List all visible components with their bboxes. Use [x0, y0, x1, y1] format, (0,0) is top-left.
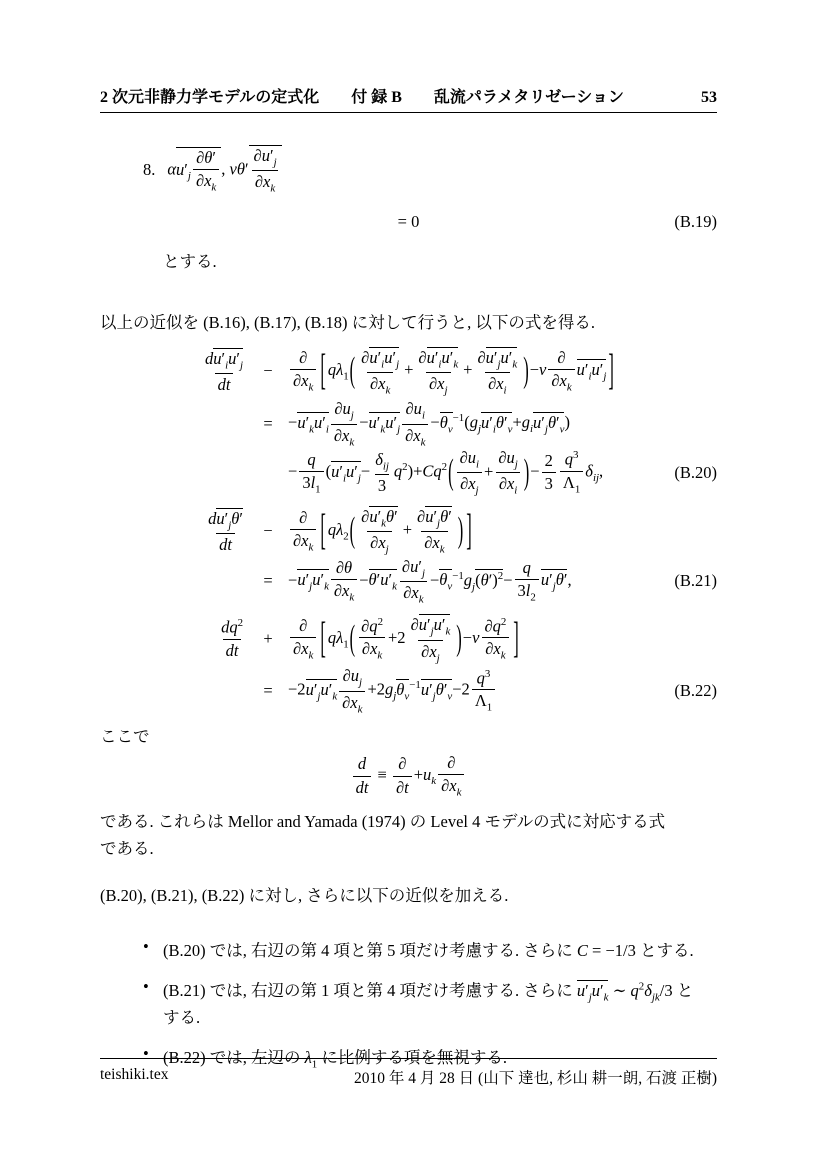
math-italic: δ — [375, 450, 383, 469]
math-italic: k — [440, 544, 445, 556]
subscript: k — [349, 592, 354, 604]
math-italic: ∂x — [293, 531, 308, 550]
denominator: ∂xk — [482, 637, 508, 661]
math-upright: ≡ — [373, 765, 391, 784]
math-italic: B — [169, 941, 180, 960]
numerator: ∂ — [554, 349, 568, 369]
math-upright: 3 — [485, 668, 490, 680]
subscript: k — [392, 581, 397, 593]
paren-group: (∂q2∂xk+2∂u′ju′k∂xj) — [349, 628, 463, 647]
equation-relation: = — [248, 571, 288, 591]
math-upright: − — [430, 570, 439, 589]
numerator: ∂θ′ — [193, 149, 219, 169]
math-italic: u — [306, 680, 314, 699]
math-italic: ∂u — [343, 666, 359, 685]
math-upright: + — [512, 413, 521, 432]
equation-block-b20: du′iu′jdt − ∂∂xk[qλ1(∂u′iu′j∂xk+∂u′iu′k∂… — [100, 342, 717, 497]
math-italic: ∂ — [299, 508, 307, 527]
list-item-number: 8. — [143, 160, 155, 180]
overline-term: u′j∂θ′∂xk — [176, 147, 221, 193]
fraction: q3l1 — [299, 451, 323, 495]
superscript: 2 — [238, 617, 243, 629]
math-upright: ′ — [448, 507, 452, 526]
math-italic: ∂x — [255, 172, 270, 191]
numerator: ∂ — [296, 349, 310, 369]
denominator: 3l1 — [299, 471, 323, 495]
overline-term: u′iu′j — [213, 348, 243, 371]
math-italic: u — [369, 507, 377, 526]
math-italic: j — [603, 370, 606, 382]
footer-filename: teishiki.tex — [100, 1066, 168, 1088]
math-italic: Cq — [422, 462, 441, 481]
subscript: v — [447, 581, 452, 593]
subscript: 1 — [487, 702, 492, 714]
math-italic: q — [565, 450, 573, 469]
numerator: ∂ — [444, 754, 458, 774]
overline-term: θv — [439, 569, 452, 592]
math-italic: v — [448, 423, 453, 435]
bullet-line: する. — [163, 1004, 717, 1031]
math-upright: − — [263, 521, 272, 540]
subscript: k — [211, 181, 216, 193]
subscript: k — [567, 382, 572, 394]
subscript: k — [457, 786, 462, 798]
subscript: j — [445, 384, 448, 396]
math-italic: u — [421, 680, 429, 699]
math-italic: u — [369, 413, 377, 432]
overline-term: u′jθ′ — [216, 508, 243, 531]
close-paren: ) — [523, 353, 529, 389]
subscript: 1 — [575, 483, 580, 495]
denominator: ∂xk — [359, 637, 385, 661]
subscript: k — [308, 541, 313, 553]
math-upright: ′ — [394, 507, 398, 526]
numerator: ∂u′kθ′ — [358, 506, 401, 531]
math-italic: j — [476, 485, 479, 497]
superscript: 2 — [378, 616, 383, 628]
math-italic: u — [314, 413, 322, 432]
math-italic: q — [307, 450, 315, 469]
page-footer: teishiki.tex 2010 年 4 月 28 日 (山下 達也, 杉山 … — [100, 1058, 717, 1088]
denominator: ∂xi — [496, 472, 521, 496]
math-upright: 1 — [343, 370, 348, 382]
fraction: ∂∂xk — [548, 349, 574, 393]
math-upright: = — [263, 681, 272, 700]
subscript: 1 — [343, 638, 348, 650]
open-bracket: [ — [320, 618, 326, 661]
math-italic: θ — [436, 680, 444, 699]
math-upright: .21 — [180, 981, 201, 1000]
numerator: ∂uj — [340, 667, 365, 690]
overline-term: u′ju′k — [306, 679, 338, 702]
equation-rhs: −u′ju′k∂θ∂xk−θ′u′k∂u′j∂xk−θv−1gj(θ′)2−q3… — [288, 558, 717, 605]
math-upright: 2 — [238, 617, 243, 629]
denominator: ∂xj — [367, 531, 392, 555]
numerator: ∂u′iu′k — [415, 347, 461, 372]
close-paren: ) — [524, 455, 530, 491]
overline-term: u′ku′j — [369, 412, 401, 435]
fraction: δij3 — [372, 451, 392, 495]
paragraph-kokode: ここで — [100, 723, 717, 750]
math-upright: + — [463, 360, 472, 379]
math-italic: ν — [539, 360, 546, 379]
math-italic: ∂θ — [336, 558, 352, 577]
denominator: 3l2 — [515, 579, 539, 603]
overline-term: u′ju′k — [486, 347, 518, 370]
math-italic: u — [297, 570, 305, 589]
equation-lhs: du′jθ′dt — [100, 508, 248, 554]
math-italic: q — [523, 558, 531, 577]
bullet-item: • (B.21) では, 右辺の第 1 項と第 4 項だけ考慮する. さらに u… — [143, 977, 717, 1031]
numerator: du′iu′j — [202, 348, 246, 373]
math-upright: = 0 — [398, 212, 420, 231]
math-upright: Λ — [563, 473, 575, 492]
equation-relation: = — [248, 681, 288, 701]
denominator: Λ1 — [560, 471, 583, 495]
math-italic: ∂x — [370, 533, 385, 552]
numerator: ∂uj — [331, 400, 356, 423]
numerator: q3 — [562, 450, 582, 471]
math-upright: −1 — [453, 412, 465, 424]
fraction: ∂u′j∂xk — [399, 558, 428, 605]
open-paren: ( — [350, 621, 356, 657]
math-italic: j — [188, 170, 191, 182]
open-paren: ( — [350, 513, 356, 549]
fraction: ∂u′j∂xk — [251, 147, 280, 194]
denominator: ∂xk — [339, 691, 365, 715]
math-italic: u — [577, 360, 585, 379]
subscript: k — [332, 690, 337, 702]
subscript: k — [501, 650, 506, 662]
math-italic: j — [240, 360, 243, 372]
bullet-item: • (B.20) では, 右辺の第 4 項と第 5 項だけ考慮する. さらに C… — [143, 937, 717, 964]
fraction: ∂∂t — [393, 755, 412, 796]
denominator: 3 — [542, 472, 556, 493]
equation-b19-body: = 0 — [398, 212, 420, 232]
subscript: k — [377, 650, 382, 662]
math-italic: ∂ — [418, 348, 426, 367]
subscript: 2 — [530, 592, 535, 604]
fraction: ∂u′jθ′∂xk — [414, 506, 455, 555]
open-paren: ( — [350, 353, 356, 389]
overline-term: u′jθ′ — [425, 506, 452, 529]
equation-relation: − — [248, 521, 288, 541]
overline-term: (θ′)2 — [475, 569, 503, 590]
numerator: q3 — [474, 669, 494, 690]
math-italic: q — [394, 462, 402, 481]
equation-row: = −2u′ju′k∂uj∂xk+2gjθv−1u′jθ′v−2q3Λ1 (B.… — [100, 667, 717, 715]
math-italic: k — [457, 786, 462, 798]
math-italic: k — [392, 581, 397, 593]
subscript: k — [512, 358, 517, 370]
overline-term: u′jθ′v — [421, 679, 452, 702]
math-italic: k — [349, 436, 354, 448]
denominator: ∂xk — [290, 369, 316, 393]
fraction: ∂uj∂xk — [331, 400, 357, 447]
fraction: ∂u′kθ′∂xj — [358, 506, 401, 555]
equation-ddt-definition: ddt ≡ ∂∂t+uk∂∂xk — [100, 752, 717, 800]
subscript: i — [504, 384, 507, 396]
math-italic: u — [486, 348, 494, 367]
overline-term: u′ju′k — [419, 614, 451, 637]
page-header: 2 次元非静力学モデルの定式化 付 録 B 乱流パラメタリゼーション 53 — [100, 84, 717, 113]
math-italic: ∂ — [361, 507, 369, 526]
math-italic: ∂x — [460, 474, 475, 493]
header-page-number: 53 — [701, 89, 717, 107]
math-italic: q — [631, 981, 639, 1000]
math-italic: ∂x — [362, 639, 377, 658]
math-italic: ∂u — [498, 448, 514, 467]
overline-term: u′ku′i — [297, 412, 329, 435]
denominator: 3 — [375, 474, 389, 495]
item8-trailing-text: とする. — [163, 248, 717, 275]
fraction: ∂q2∂xk — [481, 617, 509, 662]
math-italic: ∂x — [488, 374, 503, 393]
superscript: 3 — [485, 668, 490, 680]
denominator: ∂xk — [438, 774, 464, 798]
subscript: j — [351, 410, 354, 422]
math-italic: u — [320, 680, 328, 699]
math-italic: qλ — [328, 360, 343, 379]
math-italic: jk — [652, 991, 660, 1003]
fraction: ∂u′iu′k∂xj — [415, 347, 461, 396]
math-upright: − — [288, 462, 297, 481]
math-italic: j — [386, 544, 389, 556]
superscript: 3 — [573, 449, 578, 461]
math-italic: u — [216, 509, 224, 528]
math-upright: ) — [564, 413, 570, 432]
math-italic: v — [447, 581, 452, 593]
equation-ddt-body: ddt ≡ ∂∂t+uk∂∂xk — [351, 754, 467, 798]
superscript: 2 — [501, 616, 506, 628]
fraction: ∂u′ju′k∂xi — [474, 347, 520, 396]
paragraph-line: である. — [100, 835, 717, 862]
overline-term: θ′u′k — [369, 569, 397, 592]
math-italic: qλ — [328, 628, 343, 647]
numerator: d — [355, 755, 369, 775]
math-italic: i — [326, 423, 329, 435]
math-italic: k — [308, 541, 313, 553]
fraction: ∂u′ju′k∂xj — [408, 614, 454, 663]
math-italic: k — [385, 384, 390, 396]
equation-block-b22: dq2dt + ∂∂xk[qλ1(∂q2∂xk+2∂u′ju′k∂xj)−ν∂q… — [100, 611, 717, 715]
math-italic: k — [349, 592, 354, 604]
denominator: ∂xi — [485, 372, 510, 396]
math-italic: ∂x — [334, 581, 349, 600]
math-italic: k — [501, 650, 506, 662]
numerator: ∂u′j — [399, 558, 428, 581]
subscript: k — [431, 775, 436, 787]
math-italic: δ — [585, 462, 593, 481]
math-italic: u — [297, 413, 305, 432]
subscript: j — [240, 360, 243, 372]
math-upright: 2 — [530, 592, 535, 604]
denominator: dt — [216, 533, 235, 554]
math-italic: ∂u — [402, 557, 418, 576]
fraction: du′iu′jdt — [202, 348, 246, 394]
math-upright: , — [599, 462, 603, 481]
superscript: −1 — [409, 679, 421, 691]
math-upright: 1 — [343, 638, 348, 650]
math-italic: ∂ — [299, 348, 307, 367]
equation-row: du′iu′jdt − ∂∂xk[qλ1(∂u′iu′j∂xk+∂u′iu′k∂… — [100, 342, 717, 400]
math-italic: δ — [644, 981, 652, 1000]
math-upright: = — [263, 571, 272, 590]
math-upright: ′ — [239, 509, 243, 528]
bullet-dot: • — [143, 937, 163, 964]
overline-term: u′kθ′ — [369, 506, 397, 529]
bullet-text: (B.21) では, 右辺の第 1 項と第 4 項だけ考慮する. さらに u′j… — [163, 977, 717, 1031]
superscript: −1 — [452, 570, 464, 582]
fraction: q3Λ1 — [560, 450, 583, 495]
equation-relation: = — [248, 414, 288, 434]
math-italic: ∂ — [447, 753, 455, 772]
math-italic: k — [332, 690, 337, 702]
math-italic: ∂x — [424, 533, 439, 552]
subscript: j — [603, 370, 606, 382]
denominator: ∂xk — [402, 424, 428, 448]
math-italic: ∂ — [299, 616, 307, 635]
subscript: j — [188, 170, 191, 182]
roman-text: B.20 — [169, 941, 201, 960]
math-italic: u — [501, 348, 509, 367]
list-item-8: 8. αu′j∂θ′∂xk, νθ′∂u′j∂xk — [143, 145, 717, 194]
math-italic: k — [567, 382, 572, 394]
equation-relation: − — [248, 361, 288, 381]
numerator: ∂u′ju′k — [474, 347, 520, 372]
numerator: q — [520, 559, 534, 579]
math-italic: d — [358, 754, 366, 773]
math-upright: − — [288, 413, 297, 432]
math-italic: u — [427, 348, 435, 367]
math-upright: 3 — [573, 449, 578, 461]
math-italic: ∂x — [403, 583, 418, 602]
math-italic: i — [422, 410, 425, 422]
overline-term: u′jθ′v — [533, 412, 564, 435]
math-italic: k — [512, 358, 517, 370]
fraction: ∂∂xk — [290, 509, 316, 553]
overline-term: u′ju′k — [297, 569, 329, 592]
math-upright: )+ — [408, 462, 423, 481]
math-upright: − — [263, 361, 272, 380]
math-italic: j — [397, 423, 400, 435]
subscript: v — [448, 423, 453, 435]
math-italic: θ — [481, 570, 489, 589]
math-italic: j — [437, 652, 440, 664]
math-italic: qλ — [328, 520, 343, 539]
math-upright: ) では, 右辺の第 1 項と第 4 項だけ考慮する. さらに — [200, 981, 577, 1000]
math-upright: + — [414, 765, 423, 784]
numerator: ∂u′iu′j — [358, 347, 402, 372]
bullet-dot: • — [143, 977, 163, 1031]
math-italic: dt — [219, 535, 232, 554]
subscript: k — [419, 593, 424, 605]
subscript: v — [404, 690, 409, 702]
denominator: ∂xj — [426, 372, 451, 396]
superscript: −1 — [453, 412, 465, 424]
math-upright: + — [484, 462, 493, 481]
math-italic: u — [441, 348, 449, 367]
math-italic: u — [541, 570, 549, 589]
math-italic: ∂ — [477, 348, 485, 367]
subscript: i — [326, 423, 329, 435]
math-italic: j — [396, 358, 399, 370]
fraction: ∂uj∂xk — [339, 667, 365, 714]
subscript: j — [396, 358, 399, 370]
overline-term: θv — [396, 679, 409, 702]
numerator: ∂ui — [403, 400, 428, 423]
equation-row: = −u′ku′i∂uj∂xk−u′ku′j∂ui∂xk−θv−1(gju′iθ… — [100, 400, 717, 447]
denominator: dt — [215, 373, 234, 394]
fraction: du′jθ′dt — [205, 508, 246, 554]
fraction: ∂uj∂xi — [495, 449, 520, 496]
paren-group: (∂ui∂xj+∂uj∂xi) — [447, 462, 530, 481]
fraction: ddt — [353, 755, 372, 796]
math-italic: k — [431, 775, 436, 787]
numerator: du′jθ′ — [205, 508, 246, 533]
math-upright: +2 — [367, 680, 385, 699]
math-italic: u — [346, 462, 354, 481]
subscript: 1 — [343, 370, 348, 382]
math-italic: k — [270, 182, 275, 194]
math-italic: u — [592, 981, 600, 1000]
math-italic: j — [359, 677, 362, 689]
math-italic: ∂ — [557, 348, 565, 367]
denominator: ∂xk — [548, 369, 574, 393]
math-italic: k — [377, 650, 382, 662]
denominator: ∂xk — [193, 169, 219, 193]
math-upright: − — [430, 413, 439, 432]
subscript: k — [453, 358, 458, 370]
bullet-list: • (B.20) では, 右辺の第 4 項と第 5 項だけ考慮する. さらに C… — [143, 937, 717, 1071]
math-italic: k — [308, 382, 313, 394]
equation-rhs: −u′ku′i∂uj∂xk−u′ku′j∂ui∂xk−θv−1(gju′iθ′v… — [288, 400, 717, 447]
subscript: k — [324, 581, 329, 593]
math-italic: g — [522, 413, 530, 432]
math-italic: ∂θ — [196, 148, 212, 167]
math-italic: θ — [440, 507, 448, 526]
subscript: j — [274, 156, 277, 168]
math-italic: k — [211, 181, 216, 193]
math-italic: ∂ — [398, 754, 406, 773]
math-upright: /3 と — [660, 981, 693, 1000]
overline-term: u′iθ′v — [481, 412, 512, 435]
math-italic: ∂ — [411, 615, 419, 634]
numerator: ∂u′jθ′ — [414, 506, 455, 531]
math-italic: q — [477, 668, 485, 687]
fraction: dq2dt — [218, 618, 246, 660]
paren-group: (∂u′kθ′∂xj+∂u′jθ′∂xk) — [349, 520, 465, 539]
equation-row: du′jθ′dt − ∂∂xk[qλ2(∂u′kθ′∂xj+∂u′jθ′∂xk)… — [100, 504, 717, 558]
math-upright: 2 — [545, 451, 553, 470]
math-italic: ∂u — [254, 146, 270, 165]
bracket-group: [qλ1(∂u′iu′j∂xk+∂u′iu′k∂xj+∂u′ju′k∂xi)−ν… — [318, 360, 616, 379]
math-italic: ∂u — [334, 399, 350, 418]
math-italic: θ — [386, 507, 394, 526]
math-italic: k — [419, 593, 424, 605]
math-upright: − — [463, 628, 472, 647]
math-italic: ∂x — [196, 171, 211, 190]
numerator: ∂θ — [333, 559, 355, 579]
denominator: ∂xk — [367, 372, 393, 396]
equation-number-tag: (B.20) — [674, 463, 717, 483]
math-upright: − — [530, 360, 539, 379]
math-italic: ∂ — [361, 348, 369, 367]
fraction: ∂∂xk — [290, 617, 316, 661]
math-italic: ∂x — [485, 639, 500, 658]
math-italic: ∂x — [499, 474, 514, 493]
subscript: k — [349, 436, 354, 448]
